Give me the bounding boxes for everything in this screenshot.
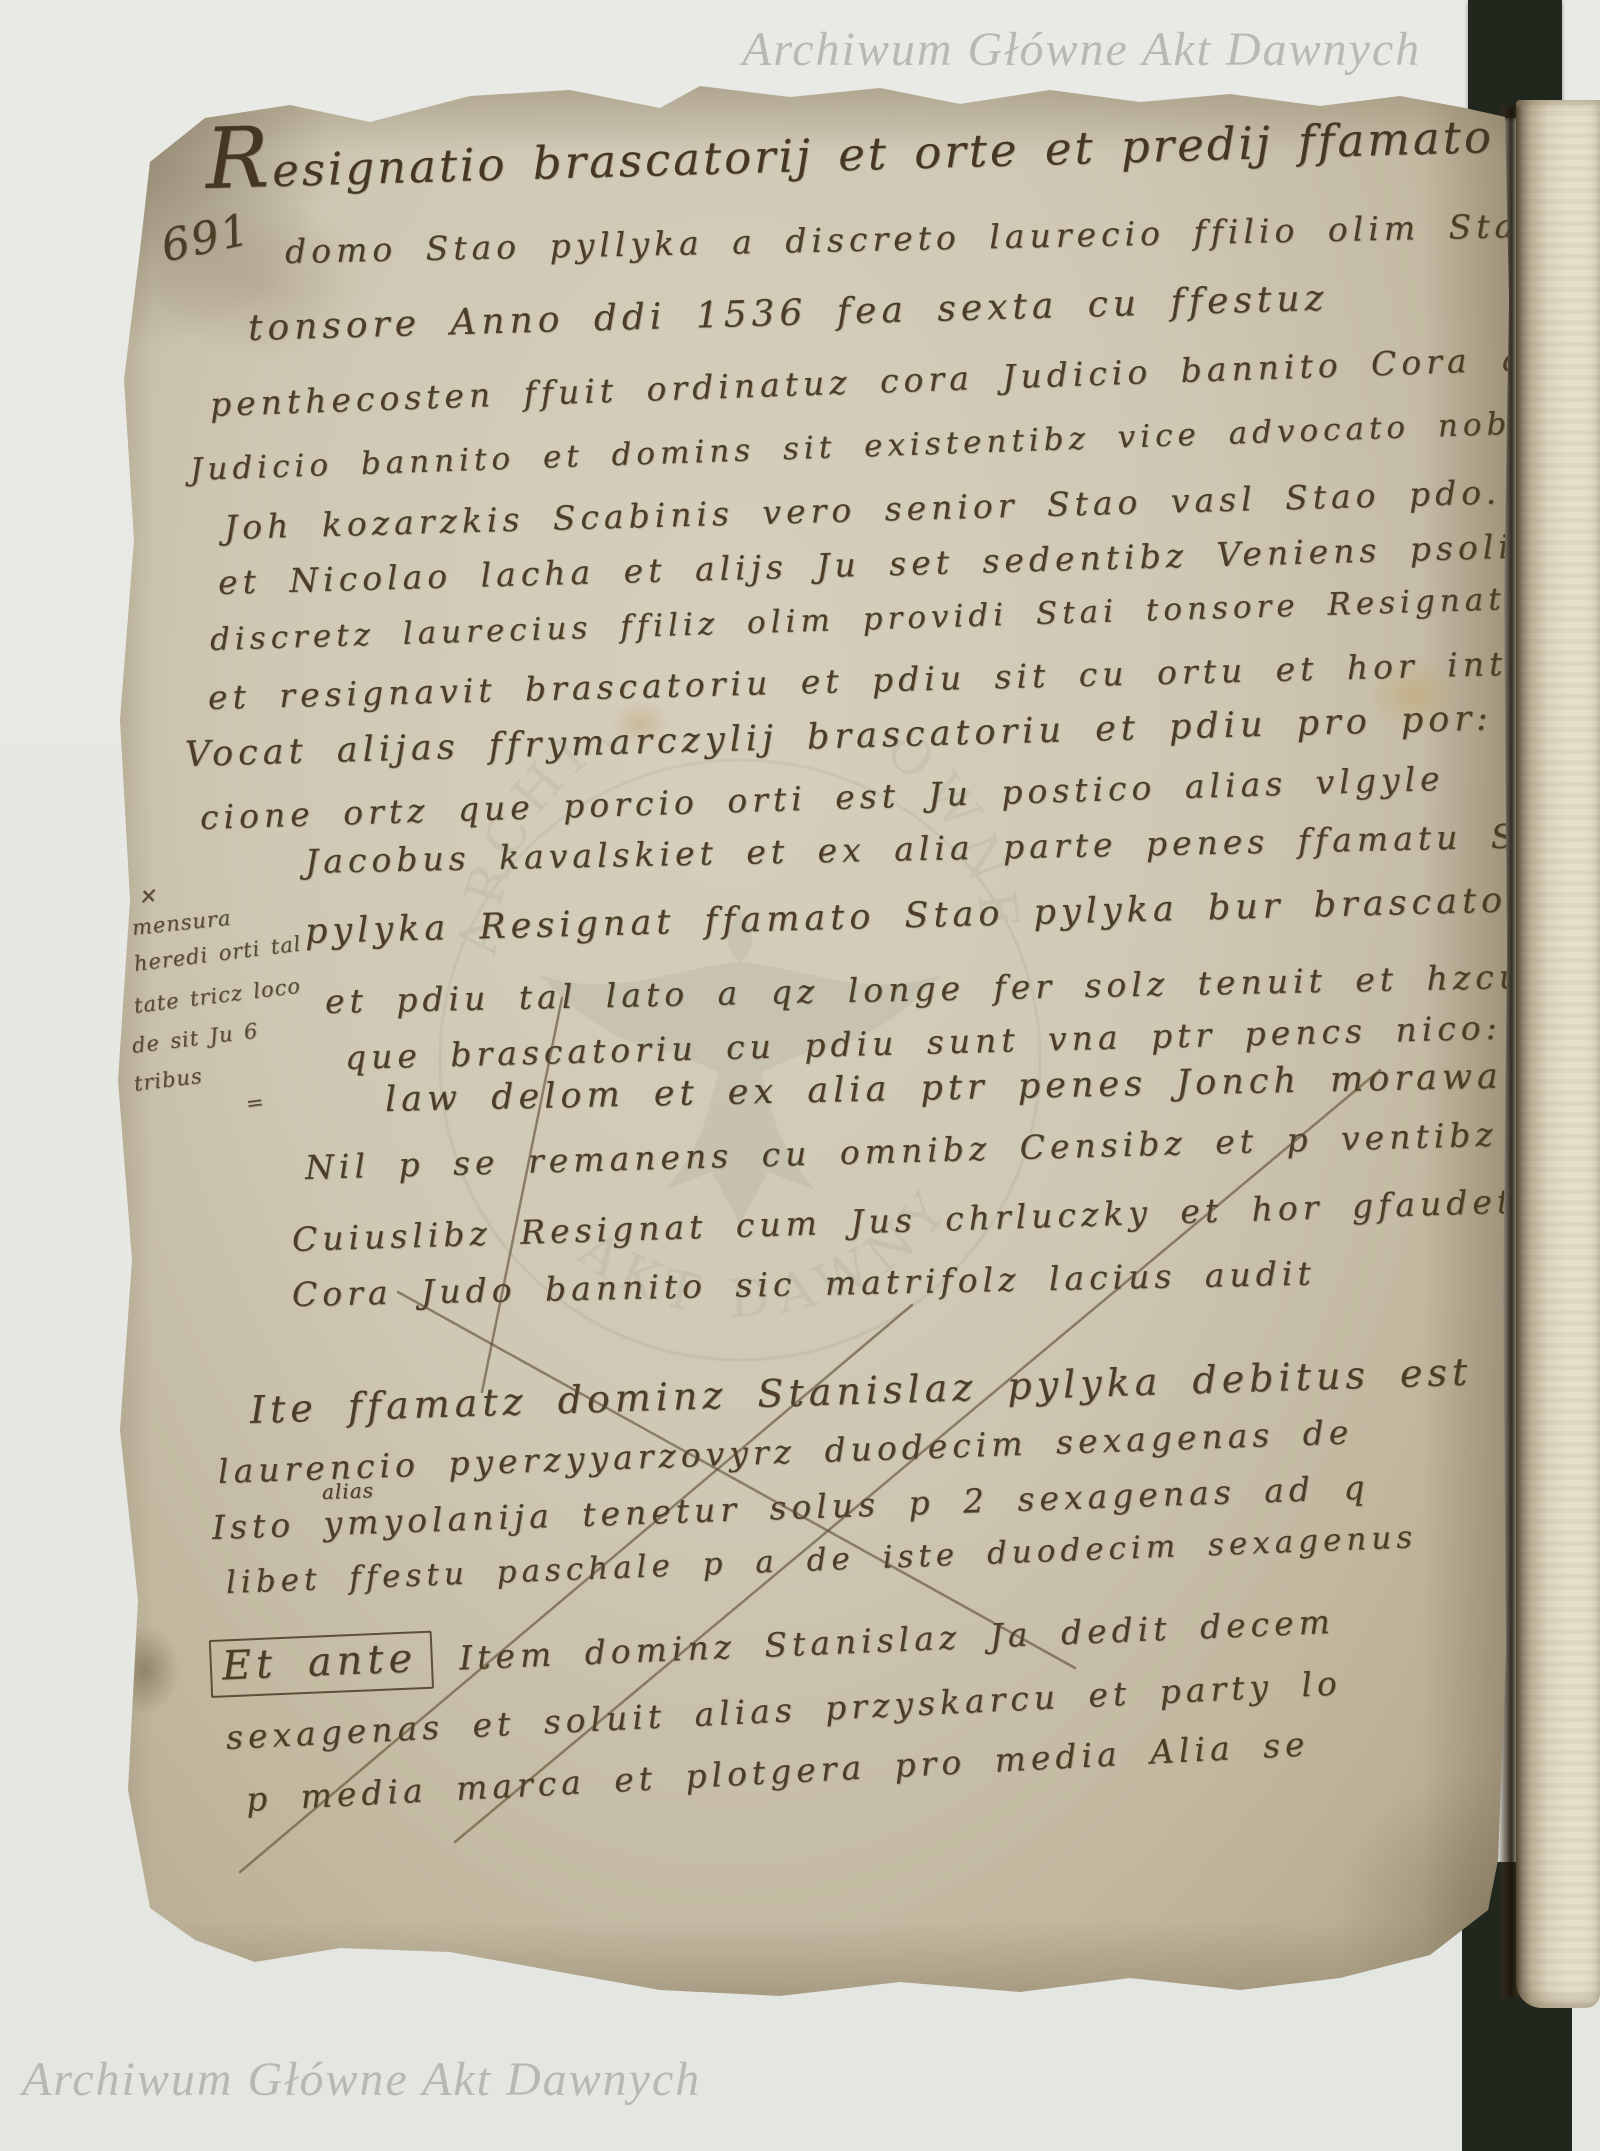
margin-mark: = [244,1090,266,1116]
interlinear-note: alias [322,1478,375,1504]
facing-page-edge [1516,100,1600,2008]
margin-note: de sit Ju 6 [131,1019,260,1058]
manuscript-line-text: Item dominz Stanislaz Ja dedit decem [458,1602,1335,1678]
manuscript-line: pylyka Resignat ffamato Stao pylyka bur … [304,879,1573,952]
margin-note: tate tricz loco [133,974,303,1018]
margin-note: tribus [133,1064,204,1096]
archival-scan: ARCHIWUM GŁÓWNE AKT DAWNYCH 691 Resignat… [0,0,1600,2151]
archive-watermark-bottom: Archiwum Główne Akt Dawnych [22,2052,701,2107]
manuscript-line: domo Stao pyllyka a discreto laurecio ff… [285,206,1520,271]
manuscript-line: Cora Judo bannito sic matrifolz lacius a… [292,1254,1316,1314]
entry-heading: Resignatio brascatorij et orte et predij… [205,110,1494,199]
folio-number: 691 [157,204,256,273]
archive-watermark-top: Archiwum Główne Akt Dawnych [742,22,1421,77]
margin-note: mensura [131,906,233,940]
margin-mark: ✕ [136,884,158,910]
manuscript-line: tonsore Anno ddi 1536 fea sexta cu ffest… [247,278,1329,349]
margin-note: heredi orti tal [133,932,303,976]
manuscript-line: Cuiuslibz Resignat cum Jus chrluczky et … [291,1182,1515,1259]
ink-blot [110,1625,180,1715]
manuscript-line: Nil p se remanens cu omnibz Censibz et p… [304,1115,1498,1187]
manuscript-page: ARCHIWUM GŁÓWNE AKT DAWNYCH 691 Resignat… [90,80,1515,2005]
boxed-phrase: Et ante [209,1631,435,1698]
